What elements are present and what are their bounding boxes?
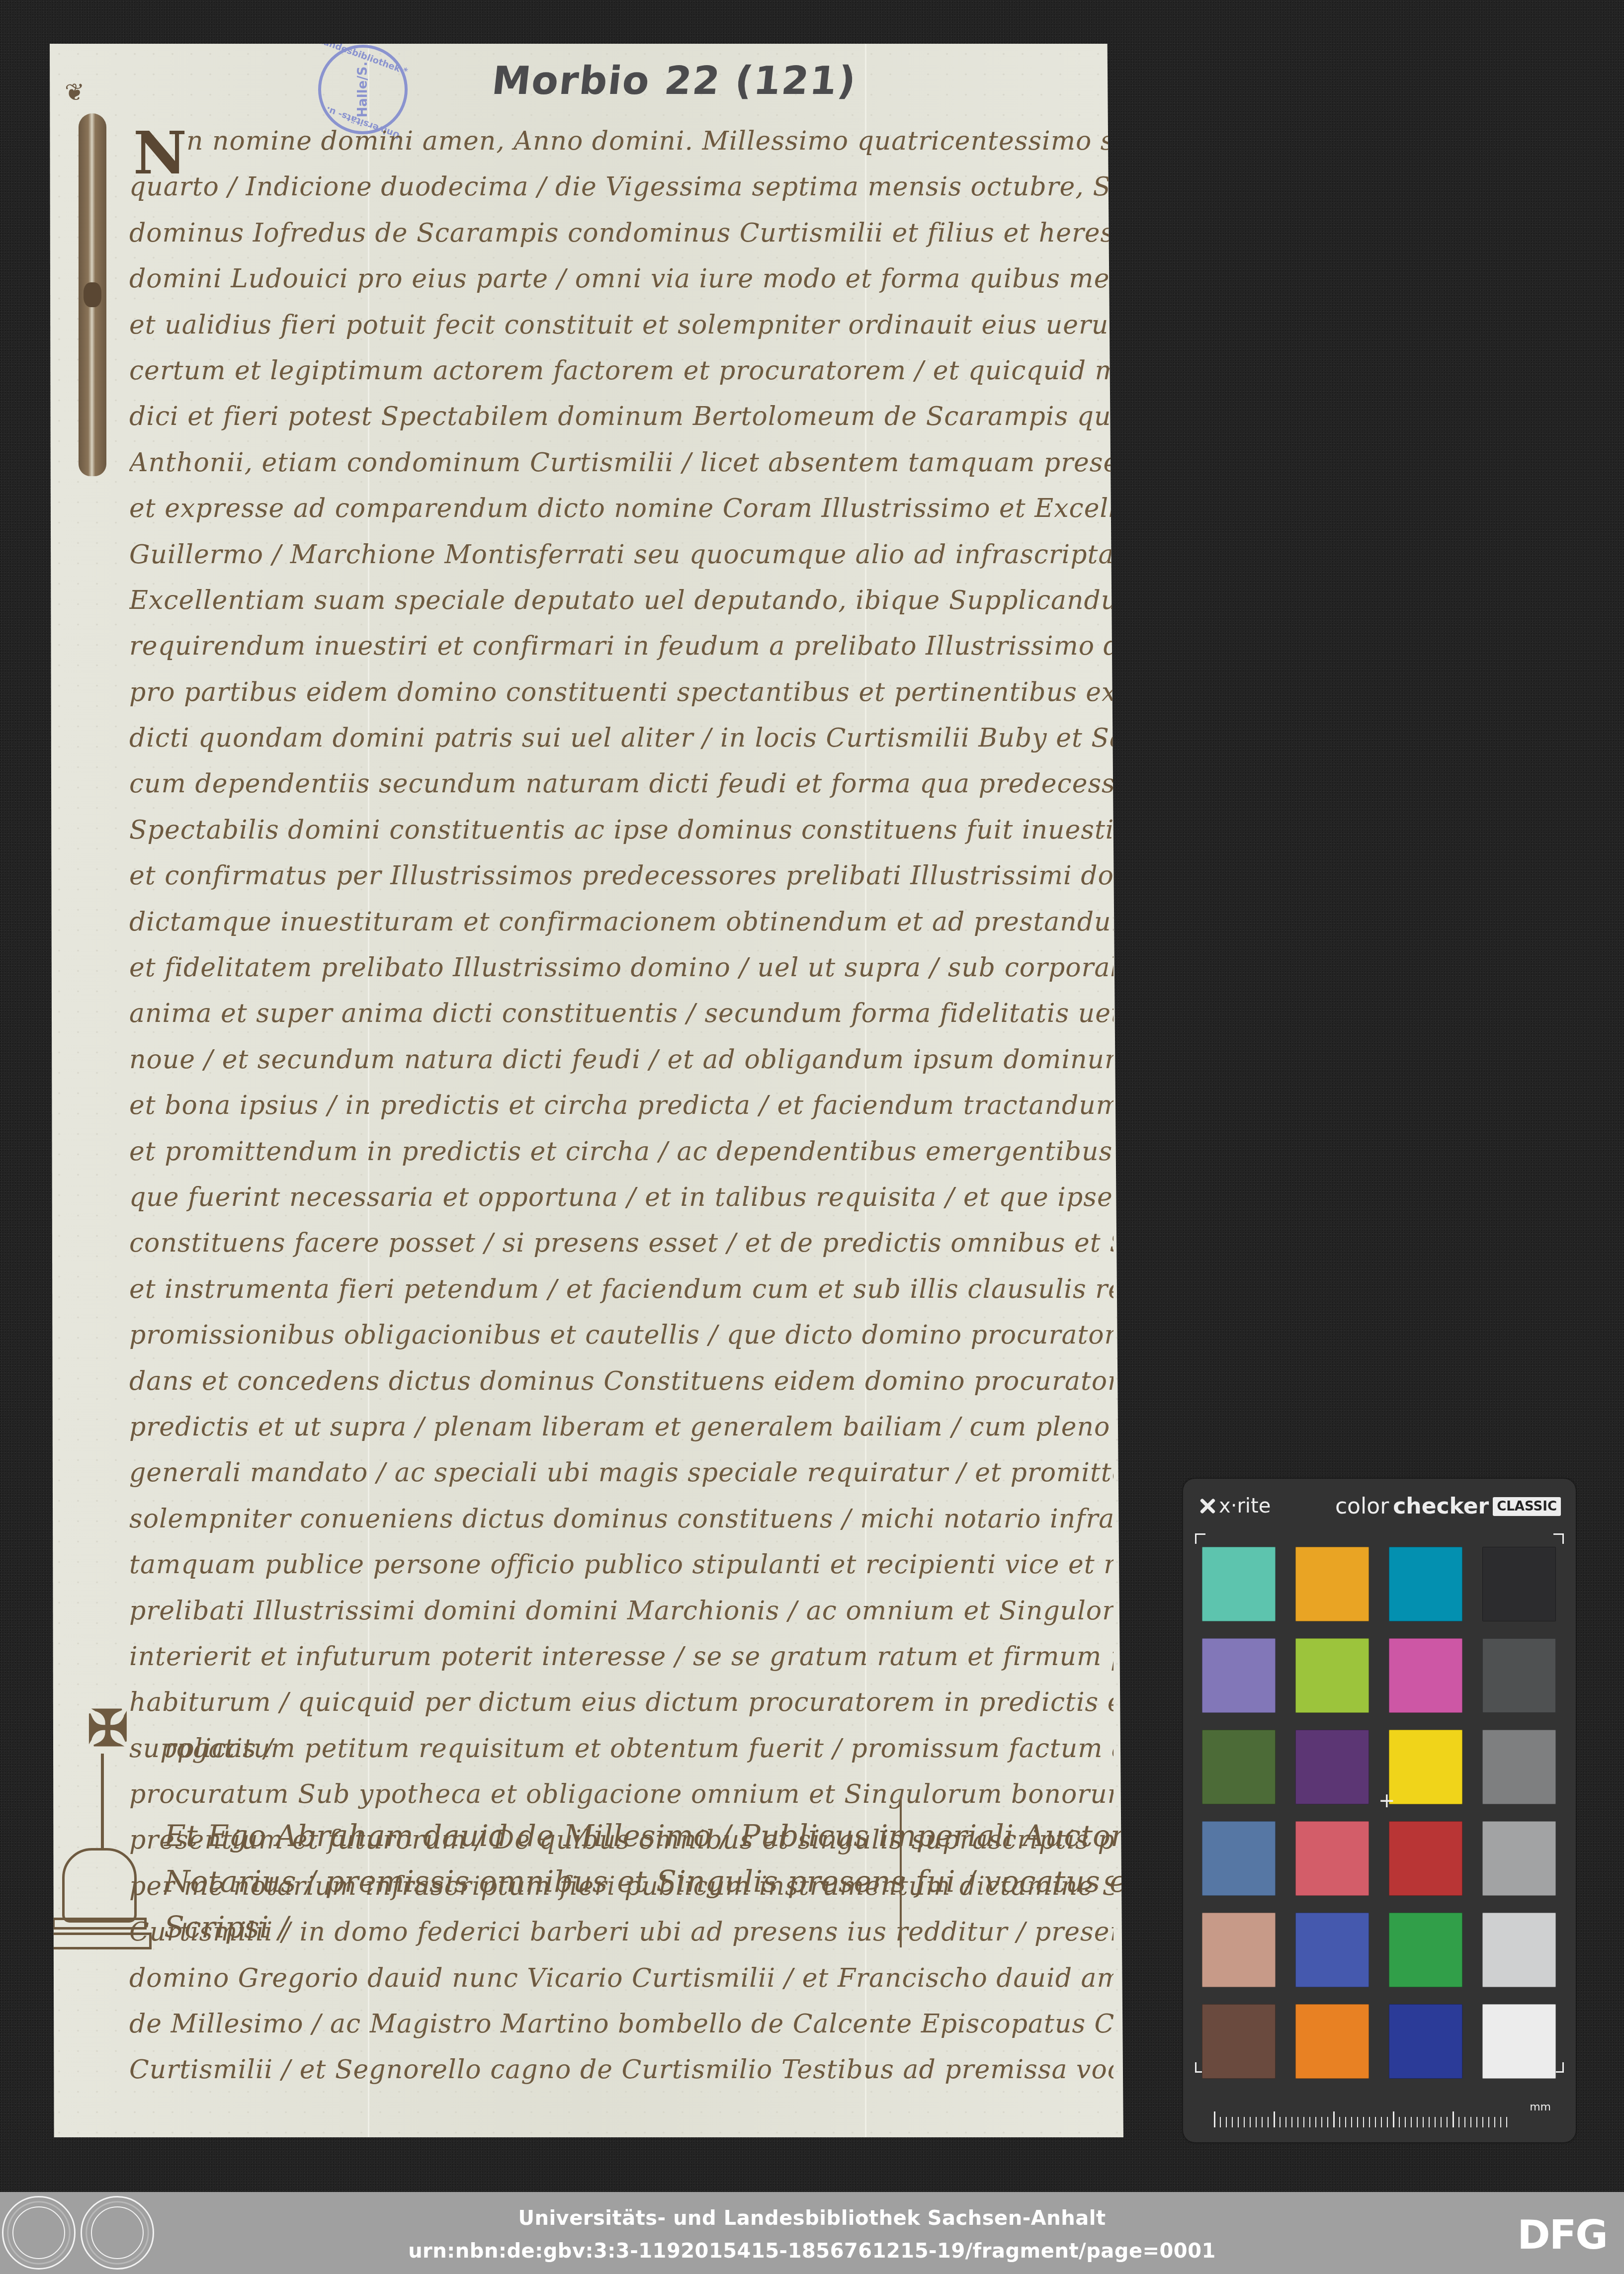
- text-line: et expresse ad comparendum dicto nomine …: [129, 486, 1113, 531]
- text-line: habiturum / quicquid per dictum eius dic…: [129, 1680, 1113, 1725]
- subscription-line: Scripsi /: [164, 1905, 1109, 1950]
- text-line: anima et super anima dicti constituentis…: [129, 991, 1113, 1036]
- color-patch: [1202, 1913, 1276, 1987]
- text-line: prelibati Illustrissimi domini domini Ma…: [129, 1588, 1113, 1634]
- corner-mark: [1195, 1533, 1205, 1544]
- text-line: promissionibus obligacionibus et cautell…: [129, 1312, 1113, 1358]
- color-patch: [1389, 1821, 1462, 1896]
- initial-flourish-icon: ❦: [65, 79, 85, 106]
- text-line: et bona ipsius / in predictis et circha …: [129, 1083, 1113, 1128]
- color-patch: [1389, 2004, 1462, 2079]
- color-patch: [1389, 1913, 1462, 1987]
- mm-ruler-major-ticks: [1214, 2111, 1512, 2127]
- cross-icon: ✠: [87, 1699, 129, 1758]
- color-patch: [1202, 1821, 1276, 1896]
- shelfmark-label: Morbio 22 (121): [490, 59, 858, 103]
- text-line: tamquam publice persone officio publico …: [129, 1542, 1113, 1588]
- color-patch: [1482, 1638, 1556, 1713]
- xrite-x-icon: [1199, 1498, 1216, 1515]
- text-line: noue / et secundum natura dicti feudi / …: [129, 1037, 1113, 1083]
- manuscript-sheet: Morbio 22 (121) Landesbibliothek * Halle…: [50, 44, 1123, 2137]
- text-line: dicti quondam domini patris sui uel alit…: [129, 715, 1113, 761]
- ruler-unit-label: mm: [1530, 2101, 1551, 2113]
- text-line: constituens facere posset / si presens e…: [129, 1220, 1113, 1266]
- text-line: Spectabilis domini constituentis ac ipse…: [129, 807, 1113, 853]
- text-line: et confirmatus per Illustrissimos predec…: [129, 853, 1113, 899]
- edition-badge: CLASSIC: [1493, 1497, 1561, 1516]
- text-line: domini Ludouici pro eius parte / omni vi…: [129, 256, 1113, 302]
- text-line: dans et concedens dictus dominus Constit…: [129, 1358, 1113, 1404]
- divider-line: [900, 1798, 902, 1947]
- stamp-center-text: Halle/S.: [355, 62, 370, 118]
- color-patch: [1482, 1821, 1556, 1896]
- color-patch: [1295, 1821, 1369, 1896]
- crosshair-icon: +: [1378, 1789, 1395, 1812]
- color-patch: [1389, 1730, 1462, 1804]
- color-patch: [1482, 1547, 1556, 1621]
- subscription-line: Et Ego Abraham dauid de Millesimo / Publ…: [164, 1813, 1109, 1859]
- color-patch: [1295, 1547, 1369, 1621]
- color-patch: [1202, 2004, 1276, 2079]
- text-line: Anthonii, etiam condominum Curtismilii /…: [129, 440, 1113, 486]
- text-line: et fidelitatem prelibato Illustrissimo d…: [129, 945, 1113, 991]
- text-line: et instrumenta fieri petendum / et facie…: [129, 1266, 1113, 1312]
- text-line: Excellentiam suam speciale deputato uel …: [129, 578, 1113, 623]
- text-line: domino Gregorio dauid nunc Vicario Curti…: [129, 1955, 1113, 2001]
- color-patch: [1295, 1913, 1369, 1987]
- text-line: et ualidius fieri potuit fecit constitui…: [129, 302, 1113, 348]
- text-line: pro partibus eidem domino constituenti s…: [129, 670, 1113, 715]
- notary-subscription: Et Ego Abraham dauid de Millesimo / Publ…: [164, 1813, 1109, 1950]
- monogram-icon: [62, 1848, 137, 1923]
- text-line: predictis et ut supra / plenam liberam e…: [129, 1404, 1113, 1450]
- text-line: procuratum Sub ypotheca et obligacione o…: [129, 1771, 1113, 1817]
- urn-identifier[interactable]: urn:nbn:de:gbv:3:3-1192015415-1856761215…: [0, 2240, 1624, 2263]
- rogatis-text: rogatis /: [164, 1734, 273, 1764]
- color-patch: [1295, 1638, 1369, 1713]
- decorated-initial-I: [79, 113, 106, 476]
- color-patch: [1482, 1913, 1556, 1987]
- color-checker-card: x·rite colorchecker CLASSIC + mm: [1183, 1479, 1576, 2142]
- color-patch: [1295, 2004, 1369, 2079]
- color-patch: [1202, 1638, 1276, 1713]
- color-patch: [1389, 1638, 1462, 1713]
- text-line: generali mandato / ac speciali ubi magis…: [129, 1450, 1113, 1496]
- xrite-logo: x·rite: [1199, 1495, 1271, 1517]
- text-line: quarto / Indicione duodecima / die Viges…: [129, 164, 1113, 210]
- notarial-text: n nomine domini amen, Anno domini. Mille…: [129, 118, 1113, 2093]
- brand-label: x·rite: [1219, 1495, 1271, 1517]
- corner-mark: [1553, 1533, 1564, 1544]
- text-line: dici et fieri potest Spectabilem dominum…: [129, 394, 1113, 439]
- color-patch: [1389, 1547, 1462, 1621]
- color-patch: [1202, 1547, 1276, 1621]
- text-line: certum et legiptimum actorem factorem et…: [129, 348, 1113, 394]
- product-name: colorchecker CLASSIC: [1335, 1494, 1561, 1519]
- color-patch: [1482, 2004, 1556, 2079]
- text-line: dictamque inuestituram et confirmacionem…: [129, 899, 1113, 945]
- subscription-line: Notarius / premissis omnibus et Singulis…: [164, 1859, 1109, 1905]
- text-line: n nomine domini amen, Anno domini. Mille…: [129, 118, 1113, 164]
- text-line: supplicatum petitum requisitum et obtent…: [129, 1726, 1113, 1771]
- text-line: que fuerint necessaria et opportuna / et…: [129, 1175, 1113, 1220]
- product-name-bold: checker: [1393, 1494, 1489, 1519]
- text-line: requirendum inuestiri et confirmari in f…: [129, 623, 1113, 669]
- color-patch: [1202, 1730, 1276, 1804]
- text-line: dominus Iofredus de Scarampis condominus…: [129, 210, 1113, 256]
- text-line: solempniter conueniens dictus dominus co…: [129, 1496, 1113, 1542]
- color-patch: [1482, 1730, 1556, 1804]
- library-footer-banner: Universitäts- und Landesbibliothek Sachs…: [0, 2192, 1624, 2274]
- notary-signum-icon: ✠: [52, 1699, 147, 1957]
- text-line: de Millesimo / ac Magistro Martino bombe…: [129, 2001, 1113, 2047]
- text-line: Guillermo / Marchione Montisferrati seu …: [129, 532, 1113, 578]
- color-patch-grid: [1202, 1547, 1556, 2079]
- dfg-logo: DFG: [1517, 2212, 1607, 2258]
- color-patch: [1295, 1730, 1369, 1804]
- product-name-light: color: [1335, 1494, 1389, 1519]
- text-line: interierit et infuturum poterit interess…: [129, 1634, 1113, 1680]
- institution-name: Universitäts- und Landesbibliothek Sachs…: [0, 2207, 1624, 2230]
- text-line: et promittendum in predictis et circha /…: [129, 1129, 1113, 1175]
- text-line: Curtismilii / et Segnorello cagno de Cur…: [129, 2047, 1113, 2093]
- text-line: cum dependentiis secundum naturam dicti …: [129, 761, 1113, 807]
